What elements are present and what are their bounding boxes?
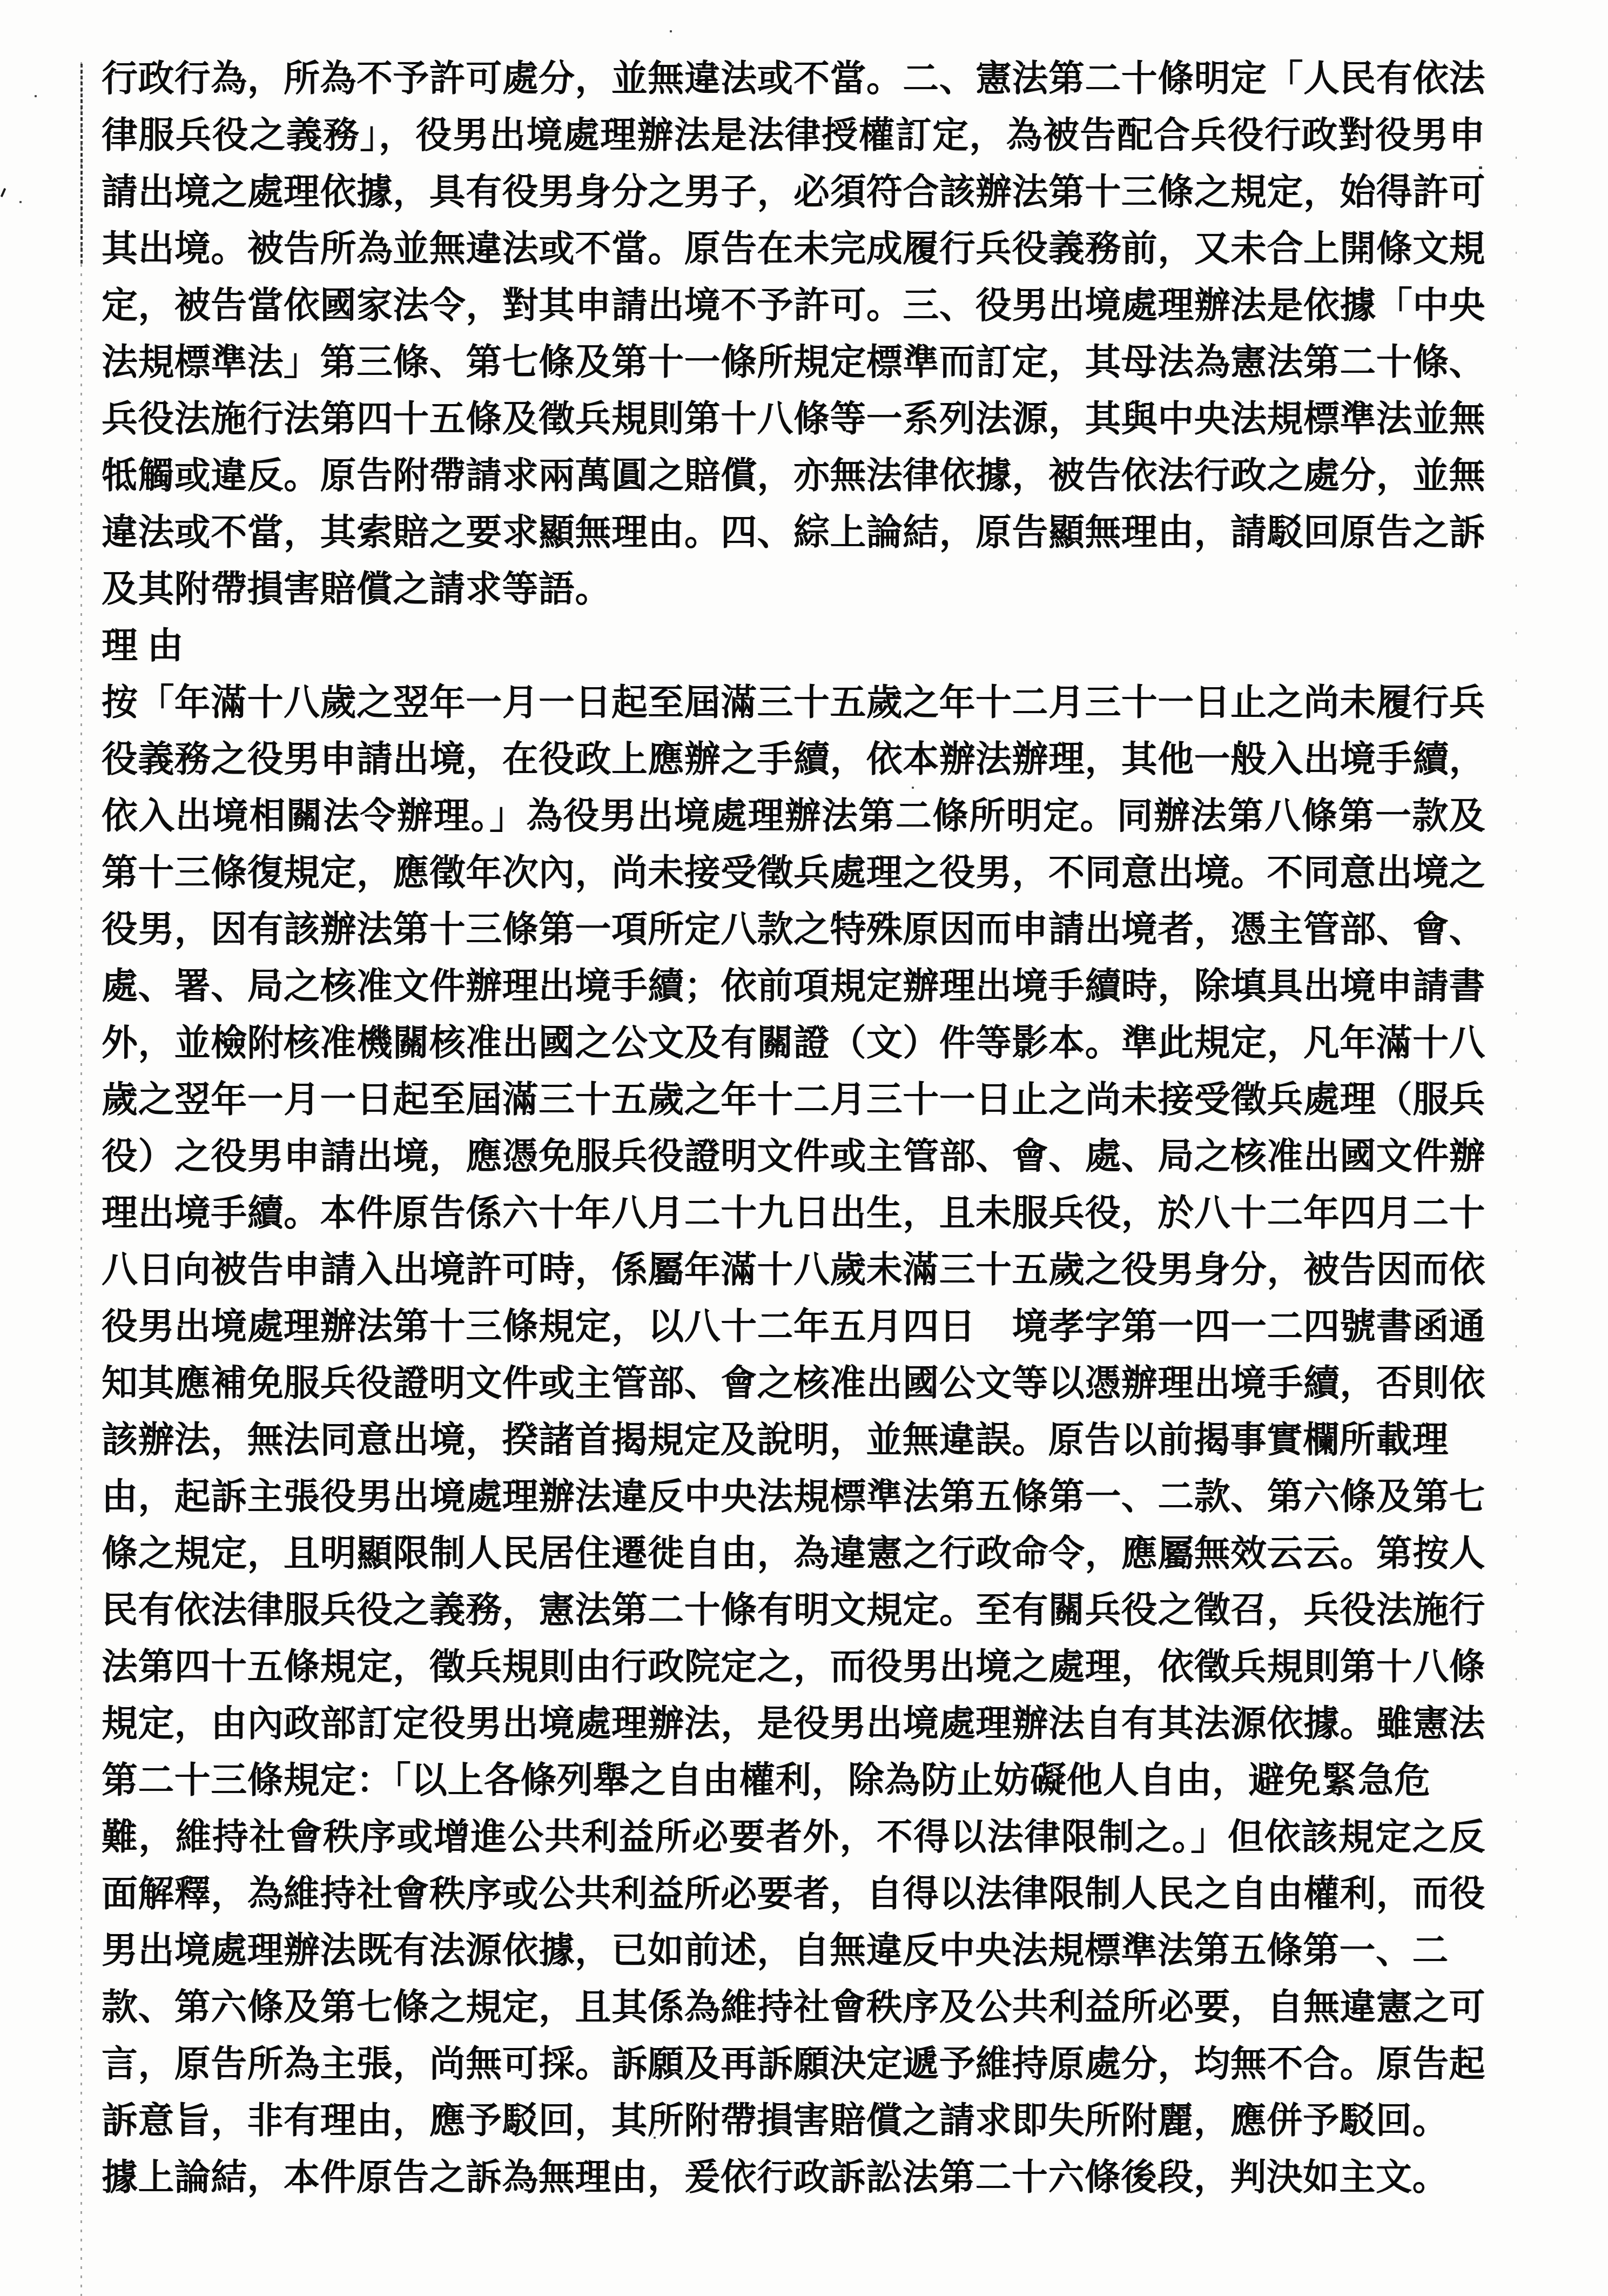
section-heading-reason: 理 由: [102, 618, 1485, 675]
text-line: 言，原告所為主張，尚無可採。訴願及再訴願決定遞予維持原處分，均無不合。原告起: [102, 2036, 1485, 2093]
right-scan-edge-artifact: [1516, 157, 1517, 1939]
scan-speck: [670, 30, 672, 32]
text-line: 面解釋，為維持社會秩序或公共利益所必要者，自得以法律限制人民之自由權利，而役: [102, 1866, 1485, 1923]
text-line: 其出境。被告所為並無違法或不當。原告在未完成履行兵役義務前，又未合上開條文規: [102, 221, 1485, 278]
text-line: 理出境手續。本件原告係六十年八月二十九日出生，且未服兵役，於八十二年四月二十: [102, 1185, 1485, 1242]
text-line: 男出境處理辦法既有法源依據，已如前述，自無違反中央法規標準法第五條第一、二: [102, 1923, 1485, 1979]
text-line: 第十三條復規定，應徵年次內，尚未接受徵兵處理之役男，不同意出境。不同意出境之: [102, 845, 1485, 902]
judgment-text-block: 行政行為，所為不予許可處分，並無違法或不當。二、憲法第二十條明定「人民有依法 律…: [102, 51, 1485, 2206]
scan-speck: [35, 95, 37, 97]
text-line: 依入出境相關法令辦理。」為役男出境處理辦法第二條所明定。同辦法第八條第一款及: [102, 788, 1485, 845]
text-line: 定，被告當依國家法令，對其申請出境不予許可。三、役男出境處理辦法是依據「中央: [102, 278, 1485, 334]
scan-speck: [19, 201, 22, 203]
text-line: 及其附帶損害賠償之請求等語。: [102, 561, 1485, 618]
text-line: 款、第六條及第七條之規定，且其係為維持社會秩序及公共利益所必要，自無違憲之可: [102, 1979, 1485, 2036]
text-line: 八日向被告申請入出境許可時，係屬年滿十八歲未滿三十五歲之役男身分，被告因而依: [102, 1242, 1485, 1299]
text-line: 條之規定，且明顯限制人民居住遷徙自由，為違憲之行政命令，應屬無效云云。第按人: [102, 1526, 1485, 1582]
text-line: 處、署、局之核准文件辦理出境手續；依前項規定辦理出境手續時，除填具出境申請書: [102, 958, 1485, 1015]
text-line: 行政行為，所為不予許可處分，並無違法或不當。二、憲法第二十條明定「人民有依法: [102, 51, 1485, 108]
text-line: 歲之翌年一月一日起至屆滿三十五歲之年十二月三十一日止之尚未接受徵兵處理（服兵: [102, 1072, 1485, 1129]
text-line: 役男，因有該辦法第十三條第一項所定八款之特殊原因而申請出境者，憑主管部、會、: [102, 902, 1485, 958]
text-line: 牴觸或違反。原告附帶請求兩萬圓之賠償，亦無法律依據，被告依法行政之處分，並無: [102, 448, 1485, 505]
text-line: 律服兵役之義務」，役男出境處理辦法是法律授權訂定，為被告配合兵役行政對役男申: [102, 108, 1485, 164]
text-line: 由，起訴主張役男出境處理辦法違反中央法規標準法第五條第一、二款、第六條及第七: [102, 1469, 1485, 1526]
scan-speck: [1, 188, 6, 197]
text-line: 請出境之處理依據，具有役男身分之男子，必須符合該辦法第十三條之規定，始得許可: [102, 164, 1485, 221]
text-line: 役義務之役男申請出境，在役政上應辦之手續，依本辦法辦理，其他一般入出境手續，: [102, 731, 1485, 788]
text-line: 規定，由內政部訂定役男出境處理辦法，是役男出境處理辦法自有其法源依據。雖憲法: [102, 1696, 1485, 1753]
text-line: 知其應補免服兵役證明文件或主管部、會之核准出國公文等以憑辦理出境手續，否則依: [102, 1355, 1485, 1412]
text-line: 法規標準法」第三條、第七條及第十一條所規定標準而訂定，其母法為憲法第二十條、: [102, 334, 1485, 391]
text-line: 兵役法施行法第四十五條及徵兵規則第十八條等一系列法源，其與中央法規標準法並無: [102, 391, 1485, 448]
text-line: 按「年滿十八歲之翌年一月一日起至屆滿三十五歲之年十二月三十一日止之尚未履行兵: [102, 675, 1485, 731]
text-line: 訴意旨，非有理由，應予駁回，其所附帶損害賠償之請求即失所附麗，應併予駁回。: [102, 2093, 1485, 2150]
left-scan-edge-artifact: [80, 62, 82, 2296]
text-line: 違法或不當，其索賠之要求顯無理由。四、綜上論結，原告顯無理由，請駁回原告之訴: [102, 505, 1485, 561]
text-line: 役）之役男申請出境，應憑免服兵役證明文件或主管部、會、處、局之核准出國文件辦: [102, 1129, 1485, 1185]
text-line: 第二十三條規定：「以上各條列舉之自由權利，除為防止妨礙他人自由，避免緊急危: [102, 1753, 1485, 1809]
scanned-judgment-page: 行政行為，所為不予許可處分，並無違法或不當。二、憲法第二十條明定「人民有依法 律…: [0, 0, 1608, 2296]
left-scan-edge-dense-artifact: [80, 64, 83, 264]
text-line: 法第四十五條規定，徵兵規則由行政院定之，而役男出境之處理，依徵兵規則第十八條: [102, 1639, 1485, 1696]
text-line: 該辦法，無法同意出境，揆諸首揭規定及說明，並無違誤。原告以前揭事實欄所載理: [102, 1412, 1485, 1469]
text-line: 難，維持社會秩序或增進公共利益所必要者外，不得以法律限制之。」但依該規定之反: [102, 1809, 1485, 1866]
text-line: 外，並檢附核准機關核准出國之公文及有關證（文）件等影本。準此規定，凡年滿十八: [102, 1015, 1485, 1072]
text-line: 據上論結，本件原告之訴為無理由，爰依行政訴訟法第二十六條後段，判決如主文。: [102, 2150, 1485, 2206]
text-line: 役男出境處理辦法第十三條規定，以八十二年五月四日 境孝字第一四一二四號書函通: [102, 1299, 1485, 1355]
text-line: 民有依法律服兵役之義務，憲法第二十條有明文規定。至有關兵役之徵召，兵役法施行: [102, 1582, 1485, 1639]
